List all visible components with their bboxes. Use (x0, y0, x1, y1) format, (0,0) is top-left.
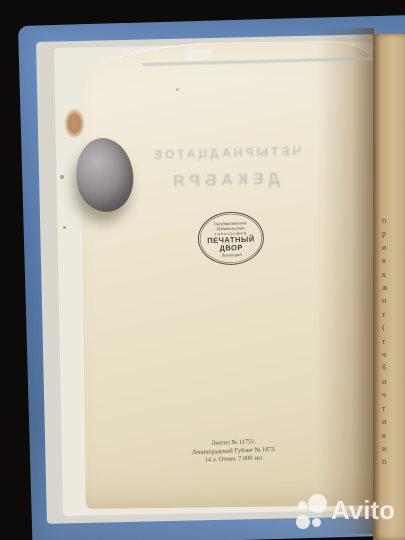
stamp-city-line: Ленинград (221, 252, 241, 258)
book-photo: ЧЕТЫРНАДЦАТОЕ ДЕКАБРЯ Государственное Из… (0, 0, 405, 540)
avito-watermark: Avito (289, 493, 405, 535)
paper-speck (176, 88, 179, 91)
page-gutter-shadow (318, 28, 374, 534)
printer-stamp: Государственное Издательство типография … (197, 211, 265, 266)
avito-logo-circle-medium (296, 515, 310, 529)
watermark-text: Avito (331, 494, 395, 526)
facing-page-text-column: п р и в к ж н т ( т ч б и ч т и к и п (382, 214, 388, 469)
flyleaf-corner-tab (186, 49, 212, 61)
paper-speck (63, 226, 66, 229)
show-through-title-line2: ДЕКАБРЯ (158, 170, 290, 191)
avito-logo-circle-large (308, 494, 327, 513)
avito-logo-circle-small (298, 501, 307, 510)
paper-speck (60, 175, 64, 179)
avito-logo-circle-tiny (312, 518, 321, 527)
facing-page-edge: п р и в к ж н т ( т ч б и ч т и к и п (373, 34, 405, 540)
